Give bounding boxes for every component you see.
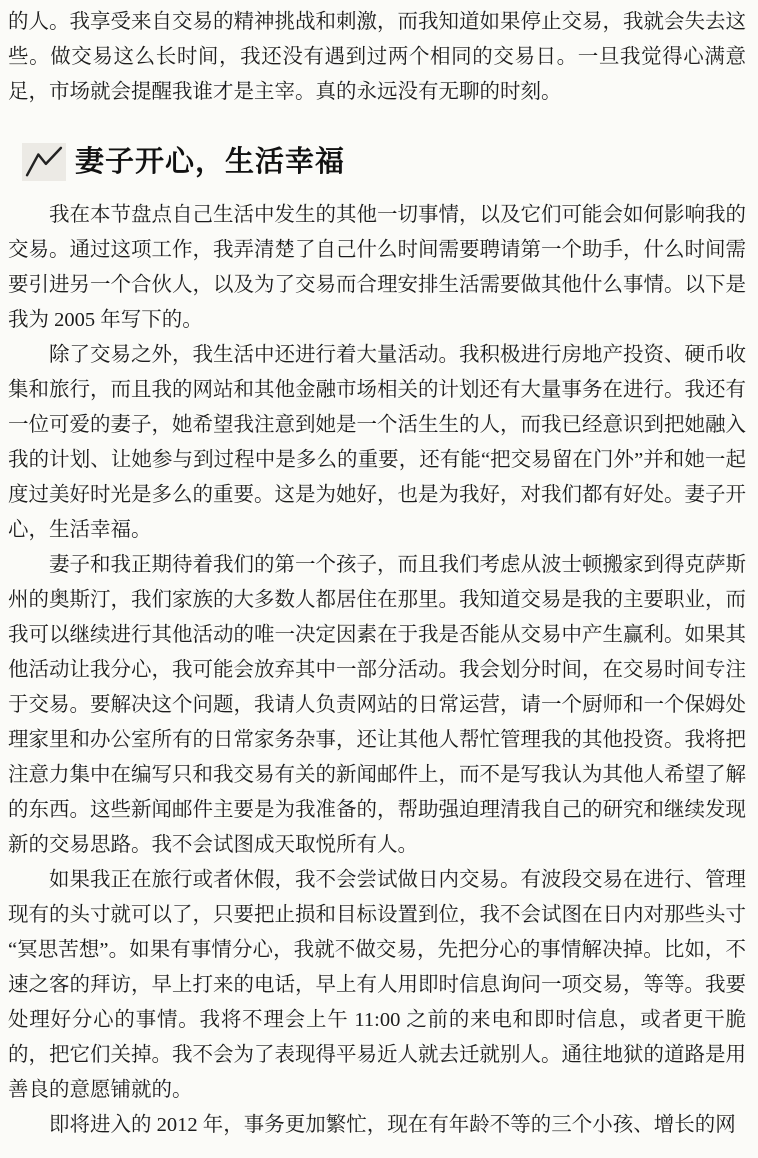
section-heading: 妻子开心，生活幸福 [22,141,746,183]
body-paragraph: 除了交易之外，我生活中还进行着大量活动。我积极进行房地产投资、硬币收集和旅行，而… [8,338,746,548]
body-paragraph: 我在本节盘点自己生活中发生的其他一切事情，以及它们可能会如何影响我的交易。通过这… [8,198,746,338]
paragraph-continuation: 的人。我享受来自交易的精神挑战和刺激，而我知道如果停止交易，我就会失去这些。做交… [8,5,746,110]
body-paragraph: 如果我正在旅行或者休假，我不会尝试做日内交易。有波段交易在进行、管理现有的头寸就… [8,863,746,1108]
body-paragraph: 妻子和我正期待着我们的第一个孩子，而且我们考虑从波士顿搬家到得克萨斯州的奥斯汀，… [8,548,746,863]
section-title: 妻子开心，生活幸福 [75,141,345,183]
body-paragraph-truncated: 即将进入的 2012 年，事务更加繁忙，现在有年龄不等的三个小孩、增长的网 [8,1108,746,1143]
zigzag-trend-line-icon [22,143,66,181]
book-page: 的人。我享受来自交易的精神挑战和刺激，而我知道如果停止交易，我就会失去这些。做交… [0,0,758,1158]
